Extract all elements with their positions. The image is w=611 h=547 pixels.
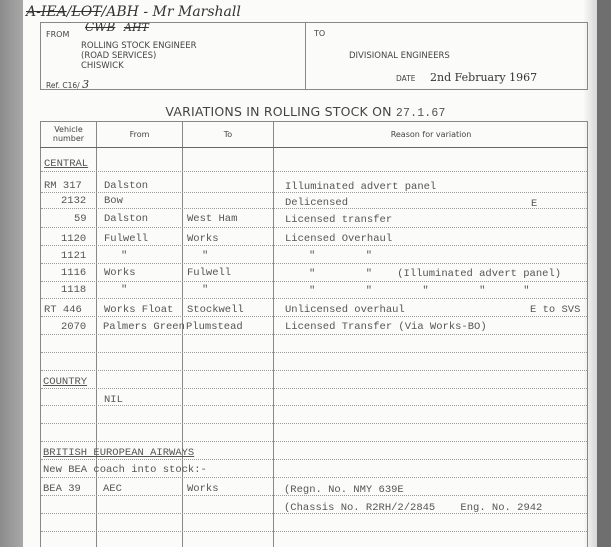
from-label: FROM (46, 30, 69, 39)
to-depot: Works (187, 233, 219, 245)
from-line-3: CHISWICK (81, 61, 197, 71)
reason: " " " " " (309, 285, 530, 297)
from-depot: Palmers Green (103, 321, 185, 333)
row-rule (41, 459, 587, 460)
scan-left-edge (0, 0, 23, 547)
row-rule (41, 423, 587, 424)
vehicle-number: RT 446 (44, 304, 82, 316)
scan-right-edge (597, 0, 611, 547)
vehicle-number: 1118 (61, 284, 86, 296)
row-rule (41, 263, 587, 264)
row-rule (41, 388, 587, 389)
bea-intro: New BEA coach into stock:- (43, 464, 207, 476)
from-line-1: ROLLING STOCK ENGINEER (81, 41, 197, 51)
row-rule (41, 352, 587, 353)
reason: Illuminated advert panel (285, 181, 436, 193)
section-bea: BRITISH EUROPEAN AIRWAYS (43, 447, 194, 459)
note: E (531, 198, 537, 210)
vehicle-header-line2: number (53, 134, 84, 143)
vehicle-number: 1116 (61, 267, 86, 279)
from-depot: Bow (104, 195, 123, 207)
from-depot: AEC (103, 483, 122, 495)
to-depot: " (202, 284, 208, 296)
from-address: ROLLING STOCK ENGINEER (ROAD SERVICES) C… (81, 41, 197, 71)
row-rule (41, 227, 587, 228)
row-rule (41, 171, 587, 172)
to-depot: Stockwell (187, 304, 244, 316)
routing-struck-1: A-IEA (26, 4, 67, 20)
section-central: CENTRAL (44, 158, 88, 170)
to-depot: " (202, 250, 208, 262)
date-label: DATE (396, 74, 416, 83)
row-rule (41, 245, 587, 246)
reason: " " (Illuminated advert panel) (309, 268, 561, 280)
vehicle-number: BEA 39 (43, 483, 81, 495)
column-header-to: To (183, 121, 273, 147)
row-rule (41, 316, 587, 317)
to-depot: West Ham (187, 213, 237, 225)
from-depot: NIL (104, 394, 123, 406)
routing-marshall: - Mr Marshall (143, 4, 241, 20)
to-value: DIVISIONAL ENGINEERS (349, 51, 450, 61)
from-depot: " (121, 250, 127, 262)
handwritten-routing: A-IEA/LOT/ABH - Mr Marshall (26, 4, 241, 20)
column-header-reason: Reason for variation (274, 121, 588, 147)
ref-number: 3 (82, 78, 89, 91)
vehicle-number: 2070 (61, 321, 86, 333)
header-divider (305, 22, 306, 90)
from-depot: Fulwell (104, 233, 148, 245)
to-depot: Plumstead (186, 321, 243, 333)
row-rule (41, 281, 587, 282)
reason: Unlicensed overhaul (285, 304, 405, 316)
column-header-vehicle: Vehicle number (41, 121, 96, 147)
from-depot: Dalston (104, 213, 148, 225)
reason: Licensed transfer (285, 214, 392, 226)
ref-label: Ref. C16/ (46, 81, 80, 90)
title-date: 27.1.67 (396, 107, 446, 120)
column-header-from: From (97, 121, 182, 147)
from-depot: Works Float (104, 304, 173, 316)
from-depot: Works (104, 267, 136, 279)
row-rule (41, 370, 587, 371)
to-depot: Works (187, 483, 219, 495)
from-line-2: (ROAD SERVICES) (81, 51, 197, 61)
section-country: COUNTRY (43, 376, 87, 388)
row-rule (41, 298, 587, 299)
reason: (Regn. No. NMY 639E (284, 484, 404, 496)
date-value: 2nd February 1967 (430, 71, 537, 84)
reason: Licensed Transfer (Via Works-BO) (285, 321, 487, 333)
row-rule (41, 334, 587, 335)
vehicle-number: RM 317 (44, 180, 82, 192)
from-depot: " (121, 284, 127, 296)
document-title: VARIATIONS IN ROLLING STOCK ON 27.1.67 (0, 104, 611, 120)
vehicle-header-line1: Vehicle (53, 125, 84, 134)
routing-abh: ABH (106, 4, 139, 20)
reason: Delicensed (285, 197, 348, 209)
reason: " " (309, 250, 372, 262)
vehicle-number: 2132 (61, 195, 86, 207)
row-rule (41, 477, 587, 478)
row-rule (41, 441, 587, 442)
reference: Ref. C16/ 3 (46, 78, 89, 91)
note: E to SVS (530, 304, 580, 316)
to-depot: Fulwell (187, 267, 231, 279)
title-text: VARIATIONS IN ROLLING STOCK ON (165, 104, 391, 119)
vehicle-number: 59 (74, 213, 87, 225)
from-depot: Dalston (104, 180, 148, 192)
routing-struck-2: LOT (71, 4, 101, 20)
reason: Licensed Overhaul (285, 233, 392, 245)
row-rule (41, 531, 587, 532)
reason: (Chassis No. R2RH/2/2845 Eng. No. 2942 (284, 502, 542, 514)
vehicle-number: 1120 (61, 233, 86, 245)
vehicle-number: 1121 (61, 250, 86, 262)
table-header-divider (40, 147, 588, 148)
to-label: TO (314, 29, 325, 38)
